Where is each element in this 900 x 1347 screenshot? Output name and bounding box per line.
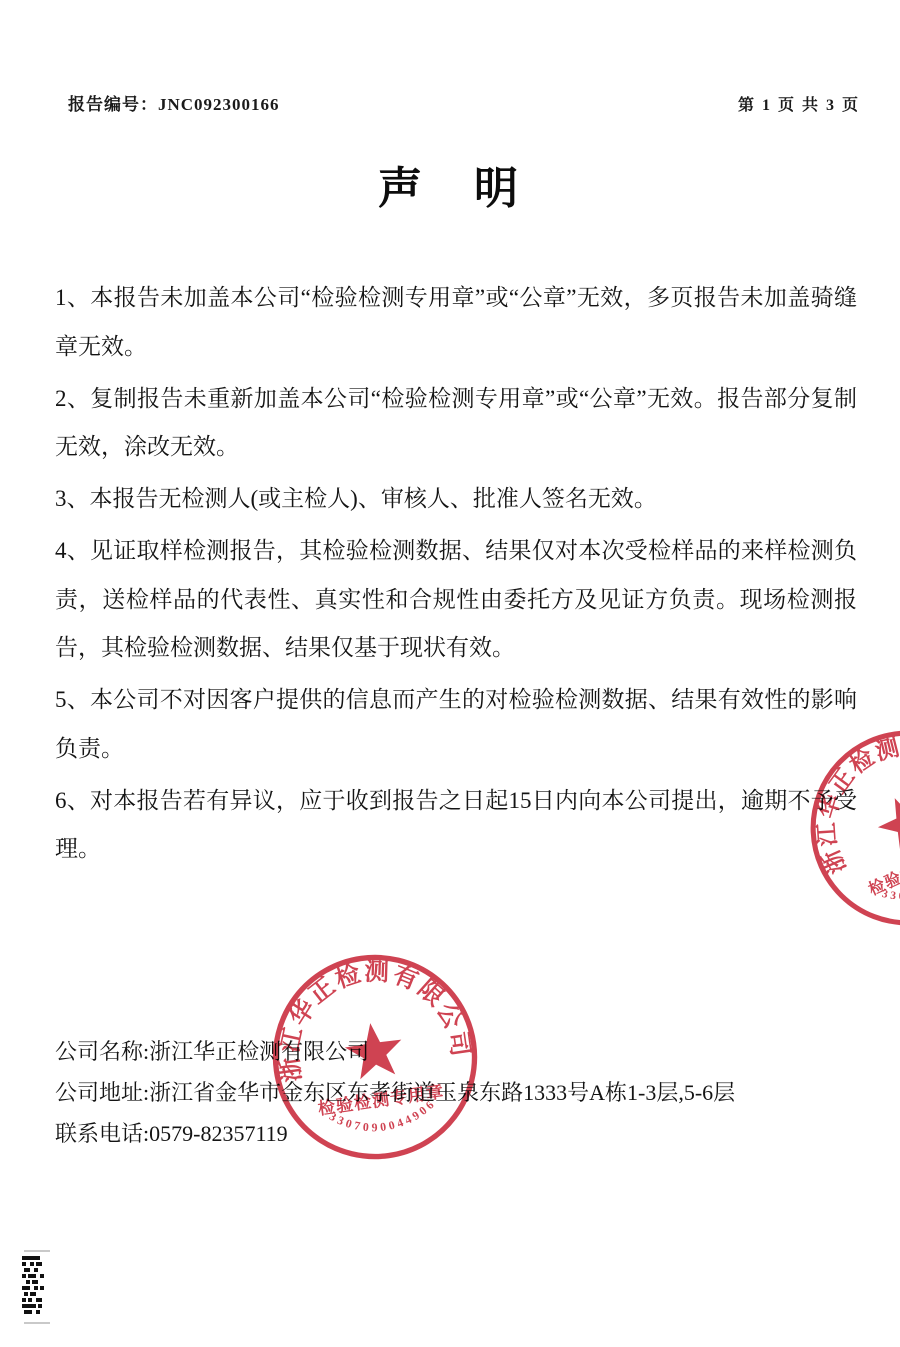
scan-artifact-line xyxy=(24,1322,50,1324)
qr-code xyxy=(22,1256,46,1316)
document-page: 报告编号：JNC092300166 第 1 页 共 3 页 声 明 1、本报告未… xyxy=(0,0,900,1347)
clause-1: 1、本报告未加盖本公司“检验检测专用章”或“公章”无效，多页报告未加盖骑缝章无效… xyxy=(55,274,857,372)
clause-3: 3、本报告无检测人(或主检人)、审核人、批准人签名无效。 xyxy=(55,475,857,524)
clause-4: 4、见证取样检测报告，其检验检测数据、结果仅对本次受检样品的来样检测负责，送检样… xyxy=(55,527,857,673)
company-info: 公司名称:浙江华正检测有限公司 公司地址:浙江省金华市金东区东孝街道玉泉东路13… xyxy=(55,1032,815,1155)
clause-6: 6、对本报告若有异议，应于收到报告之日起15日内向本公司提出，逾期不予受理。 xyxy=(55,777,857,875)
page-title: 声 明 xyxy=(0,152,900,216)
page-indicator: 第 1 页 共 3 页 xyxy=(738,92,860,115)
company-name-line: 公司名称:浙江华正检测有限公司 xyxy=(55,1032,815,1073)
page-header: 报告编号：JNC092300166 第 1 页 共 3 页 xyxy=(68,90,860,115)
company-address-line: 公司地址:浙江省金华市金东区东孝街道玉泉东路1333号A栋1-3层,5-6层 xyxy=(55,1073,815,1114)
scan-artifact-line xyxy=(24,1250,50,1252)
clause-2: 2、复制报告未重新加盖本公司“检验检测专用章”或“公章”无效。报告部分复制无效，… xyxy=(55,375,857,473)
seal-code: 3307090044906 xyxy=(877,847,900,917)
declaration-clauses: 1、本报告未加盖本公司“检验检测专用章”或“公章”无效，多页报告未加盖骑缝章无效… xyxy=(55,274,857,877)
company-phone-line: 联系电话:0579-82357119 xyxy=(55,1114,815,1155)
seal-center-label: 检验检测专用章 xyxy=(866,832,900,899)
clause-5: 5、本公司不对因客户提供的信息而产生的对检验检测数据、结果有效性的影响负责。 xyxy=(55,676,857,774)
report-number: 报告编号：JNC092300166 xyxy=(68,90,280,115)
seal-star xyxy=(870,787,900,856)
